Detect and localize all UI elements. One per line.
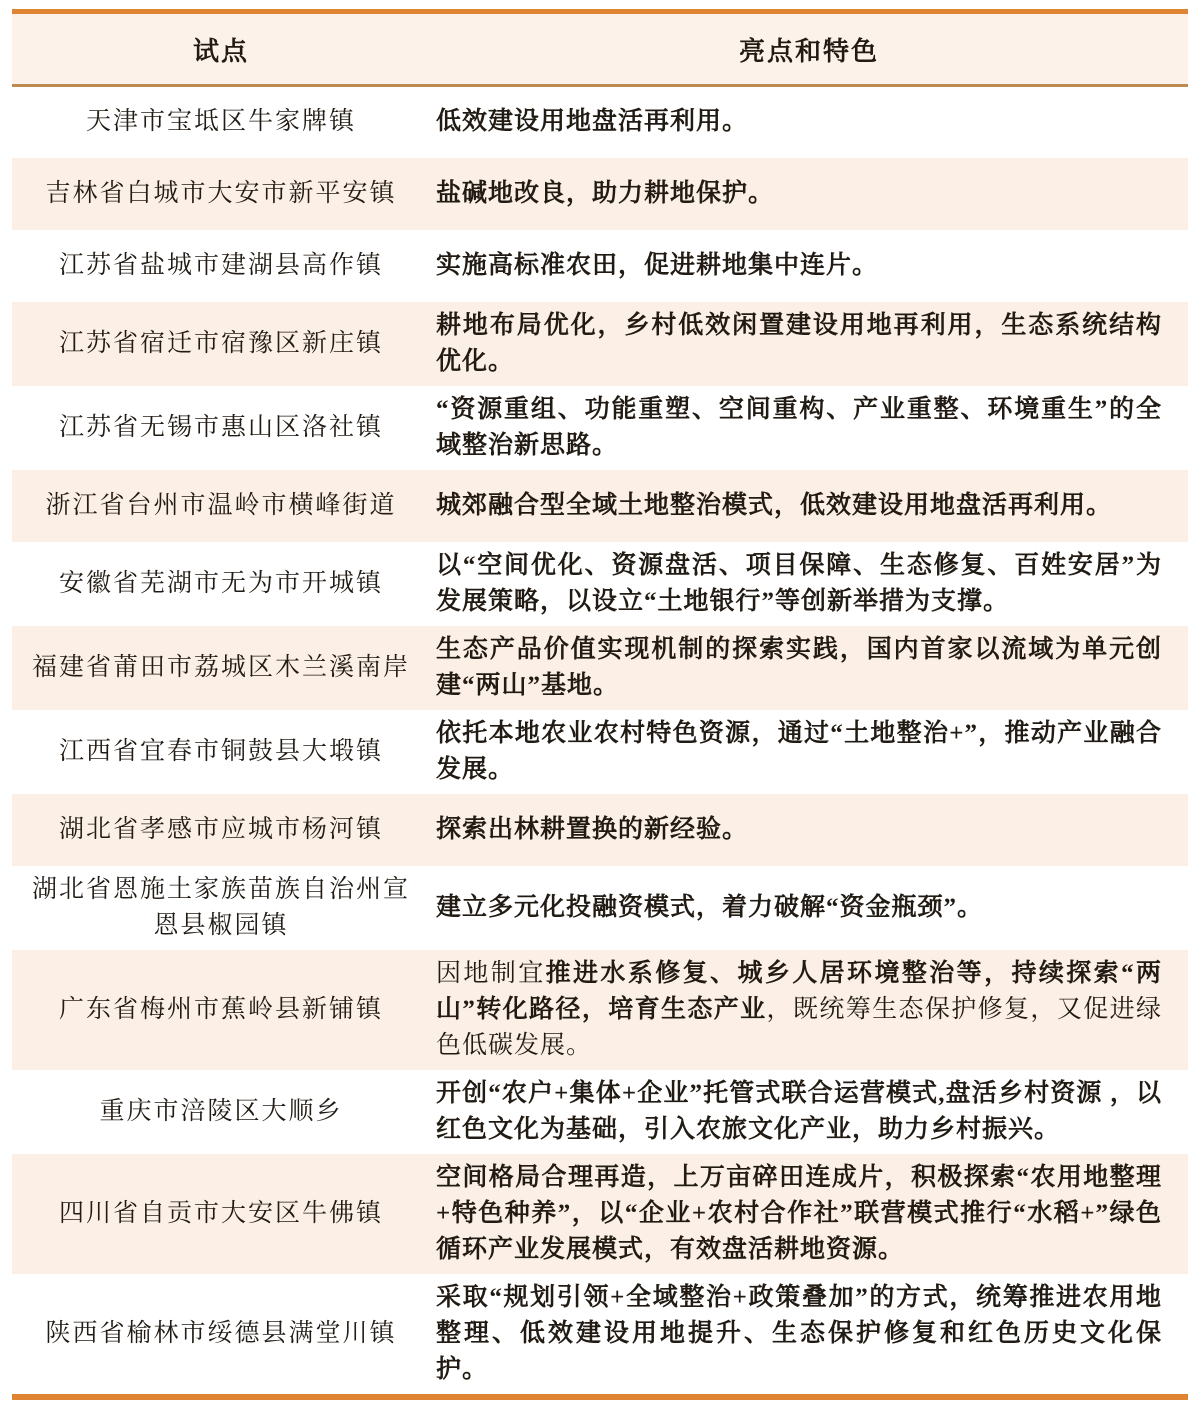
feature-text: 因地制宜推进水系修复、城乡人居环境整治等，持续探索“两山”转化路径，培育生态产业…: [436, 960, 1162, 1059]
site-cell: 江苏省盐城市建湖县高作镇: [12, 230, 430, 302]
site-cell: 安徽省芜湖市无为市开城镇: [12, 542, 430, 626]
feature-segment: 空间格局合理再造，上万亩碎田连成片，积极探索“农用地整理+特色种养”，以“企业+…: [436, 1164, 1162, 1263]
site-cell: 浙江省台州市温岭市横峰街道: [12, 470, 430, 542]
table-row: 天津市宝坻区牛家牌镇 低效建设用地盘活再利用。: [12, 86, 1188, 158]
feature-segment: 探索出林耕置换的新经验。: [436, 816, 748, 843]
feature-cell: 依托本地农业农村特色资源，通过“土地整治+”，推动产业融合发展。: [430, 710, 1188, 794]
feature-cell: 以“空间优化、资源盘活、项目保障、生态修复、百姓安居”为发展策略，以设立“土地银…: [430, 542, 1188, 626]
feature-text: 探索出林耕置换的新经验。: [436, 816, 748, 843]
site-cell: 湖北省恩施土家族苗族自治州宣恩县椒园镇: [12, 866, 430, 950]
table-body: 天津市宝坻区牛家牌镇 低效建设用地盘活再利用。 吉林省白城市大安市新平安镇 盐碱…: [12, 86, 1188, 1397]
table-row: 浙江省台州市温岭市横峰街道 城郊融合型全域土地整治模式，低效建设用地盘活再利用。: [12, 470, 1188, 542]
feature-cell: 实施高标准农田，促进耕地集中连片。: [430, 230, 1188, 302]
feature-text: 城郊融合型全域土地整治模式，低效建设用地盘活再利用。: [436, 492, 1112, 519]
feature-segment: 实施高标准农田，促进耕地集中连片。: [436, 252, 878, 279]
feature-cell: 建立多元化投融资模式，着力破解“资金瓶颈”。: [430, 866, 1188, 950]
feature-cell: 因地制宜推进水系修复、城乡人居环境整治等，持续探索“两山”转化路径，培育生态产业…: [430, 950, 1188, 1070]
site-cell: 福建省莆田市荔城区木兰溪南岸: [12, 626, 430, 710]
feature-segment: 盐碱地改良，助力耕地保护。: [436, 180, 774, 207]
feature-segment: “资源重组、功能重塑、空间重构、产业重整、环境重生”的全域整治新思路。: [436, 396, 1162, 459]
feature-text: 生态产品价值实现机制的探索实践，国内首家以流域为单元创建“两山”基地。: [436, 636, 1162, 699]
feature-segment: 低效建设用地盘活再利用。: [436, 108, 748, 135]
feature-text: 耕地布局优化，乡村低效闲置建设用地再利用，生态系统结构优化。: [436, 312, 1162, 375]
page: 试点 亮点和特色 天津市宝坻区牛家牌镇 低效建设用地盘活再利用。 吉林省白城市大…: [0, 0, 1200, 1400]
site-cell: 陕西省榆林市绥德县满堂川镇: [12, 1274, 430, 1397]
table-row: 四川省自贡市大安区牛佛镇 空间格局合理再造，上万亩碎田连成片，积极探索“农用地整…: [12, 1154, 1188, 1274]
feature-text: 建立多元化投融资模式，着力破解“资金瓶颈”。: [436, 894, 983, 921]
pilot-highlights-table: 试点 亮点和特色 天津市宝坻区牛家牌镇 低效建设用地盘活再利用。 吉林省白城市大…: [12, 9, 1188, 1400]
feature-text: 低效建设用地盘活再利用。: [436, 108, 748, 135]
feature-cell: 生态产品价值实现机制的探索实践，国内首家以流域为单元创建“两山”基地。: [430, 626, 1188, 710]
site-cell: 天津市宝坻区牛家牌镇: [12, 86, 430, 158]
feature-segment: 城郊融合型全域土地整治模式，低效建设用地盘活再利用。: [436, 492, 1112, 519]
table-row: 重庆市涪陵区大顺乡 开创“农户+集体+企业”托管式联合运营模式,盘活乡村资源 ，…: [12, 1070, 1188, 1154]
feature-text: 盐碱地改良，助力耕地保护。: [436, 180, 774, 207]
feature-cell: 空间格局合理再造，上万亩碎田连成片，积极探索“农用地整理+特色种养”，以“企业+…: [430, 1154, 1188, 1274]
header-row: 试点 亮点和特色: [12, 12, 1188, 86]
feature-cell: 低效建设用地盘活再利用。: [430, 86, 1188, 158]
table-row: 广东省梅州市蕉岭县新铺镇 因地制宜推进水系修复、城乡人居环境整治等，持续探索“两…: [12, 950, 1188, 1070]
feature-segment: 因地制宜: [436, 960, 546, 987]
table-header: 试点 亮点和特色: [12, 12, 1188, 86]
table-row: 湖北省孝感市应城市杨河镇 探索出林耕置换的新经验。: [12, 794, 1188, 866]
feature-segment: 建立多元化投融资模式，着力破解“资金瓶颈”。: [436, 894, 983, 921]
feature-text: 开创“农户+集体+企业”托管式联合运营模式,盘活乡村资源 ，以红色文化为基础，引…: [436, 1080, 1162, 1143]
table-row: 江苏省宿迁市宿豫区新庄镇 耕地布局优化，乡村低效闲置建设用地再利用，生态系统结构…: [12, 302, 1188, 386]
site-cell: 广东省梅州市蕉岭县新铺镇: [12, 950, 430, 1070]
table-row: 陕西省榆林市绥德县满堂川镇 采取“规划引领+全域整治+政策叠加”的方式，统筹推进…: [12, 1274, 1188, 1397]
feature-segment: 开创“农户+集体+企业”托管式联合运营模式,盘活乡村资源 ，以红色文化为基础，引…: [436, 1080, 1162, 1143]
feature-text: 以“空间优化、资源盘活、项目保障、生态修复、百姓安居”为发展策略，以设立“土地银…: [436, 552, 1162, 615]
table-row: 江西省宜春市铜鼓县大塅镇 依托本地农业农村特色资源，通过“土地整治+”，推动产业…: [12, 710, 1188, 794]
site-cell: 吉林省白城市大安市新平安镇: [12, 158, 430, 230]
feature-text: 空间格局合理再造，上万亩碎田连成片，积极探索“农用地整理+特色种养”，以“企业+…: [436, 1164, 1162, 1263]
table-row: 江苏省无锡市惠山区洛社镇 “资源重组、功能重塑、空间重构、产业重整、环境重生”的…: [12, 386, 1188, 470]
table-row: 安徽省芜湖市无为市开城镇 以“空间优化、资源盘活、项目保障、生态修复、百姓安居”…: [12, 542, 1188, 626]
header-feature: 亮点和特色: [430, 12, 1188, 86]
feature-cell: 探索出林耕置换的新经验。: [430, 794, 1188, 866]
header-site: 试点: [12, 12, 430, 86]
site-cell: 湖北省孝感市应城市杨河镇: [12, 794, 430, 866]
feature-cell: 采取“规划引领+全域整治+政策叠加”的方式，统筹推进农用地整理、低效建设用地提升…: [430, 1274, 1188, 1397]
feature-cell: 城郊融合型全域土地整治模式，低效建设用地盘活再利用。: [430, 470, 1188, 542]
site-cell: 江苏省宿迁市宿豫区新庄镇: [12, 302, 430, 386]
feature-text: “资源重组、功能重塑、空间重构、产业重整、环境重生”的全域整治新思路。: [436, 396, 1162, 459]
feature-segment: 以“空间优化、资源盘活、项目保障、生态修复、百姓安居”为发展策略，以设立“土地银…: [436, 552, 1162, 615]
feature-cell: “资源重组、功能重塑、空间重构、产业重整、环境重生”的全域整治新思路。: [430, 386, 1188, 470]
feature-segment: 采取“规划引领+全域整治+政策叠加”的方式，统筹推进农用地整理、低效建设用地提升…: [436, 1284, 1162, 1383]
site-cell: 江西省宜春市铜鼓县大塅镇: [12, 710, 430, 794]
feature-cell: 开创“农户+集体+企业”托管式联合运营模式,盘活乡村资源 ，以红色文化为基础，引…: [430, 1070, 1188, 1154]
table-row: 江苏省盐城市建湖县高作镇 实施高标准农田，促进耕地集中连片。: [12, 230, 1188, 302]
feature-segment: 生态产品价值实现机制的探索实践，国内首家以流域为单元创建“两山”基地。: [436, 636, 1162, 699]
feature-text: 依托本地农业农村特色资源，通过“土地整治+”，推动产业融合发展。: [436, 720, 1162, 783]
table-row: 福建省莆田市荔城区木兰溪南岸 生态产品价值实现机制的探索实践，国内首家以流域为单…: [12, 626, 1188, 710]
feature-text: 实施高标准农田，促进耕地集中连片。: [436, 252, 878, 279]
feature-segment: 耕地布局优化，乡村低效闲置建设用地再利用，生态系统结构优化。: [436, 312, 1162, 375]
site-cell: 江苏省无锡市惠山区洛社镇: [12, 386, 430, 470]
feature-segment: 依托本地农业农村特色资源，通过“土地整治+”，推动产业融合发展。: [436, 720, 1162, 783]
table-row: 湖北省恩施土家族苗族自治州宣恩县椒园镇 建立多元化投融资模式，着力破解“资金瓶颈…: [12, 866, 1188, 950]
feature-cell: 盐碱地改良，助力耕地保护。: [430, 158, 1188, 230]
feature-text: 采取“规划引领+全域整治+政策叠加”的方式，统筹推进农用地整理、低效建设用地提升…: [436, 1284, 1162, 1383]
feature-cell: 耕地布局优化，乡村低效闲置建设用地再利用，生态系统结构优化。: [430, 302, 1188, 386]
site-cell: 重庆市涪陵区大顺乡: [12, 1070, 430, 1154]
site-cell: 四川省自贡市大安区牛佛镇: [12, 1154, 430, 1274]
table-row: 吉林省白城市大安市新平安镇 盐碱地改良，助力耕地保护。: [12, 158, 1188, 230]
